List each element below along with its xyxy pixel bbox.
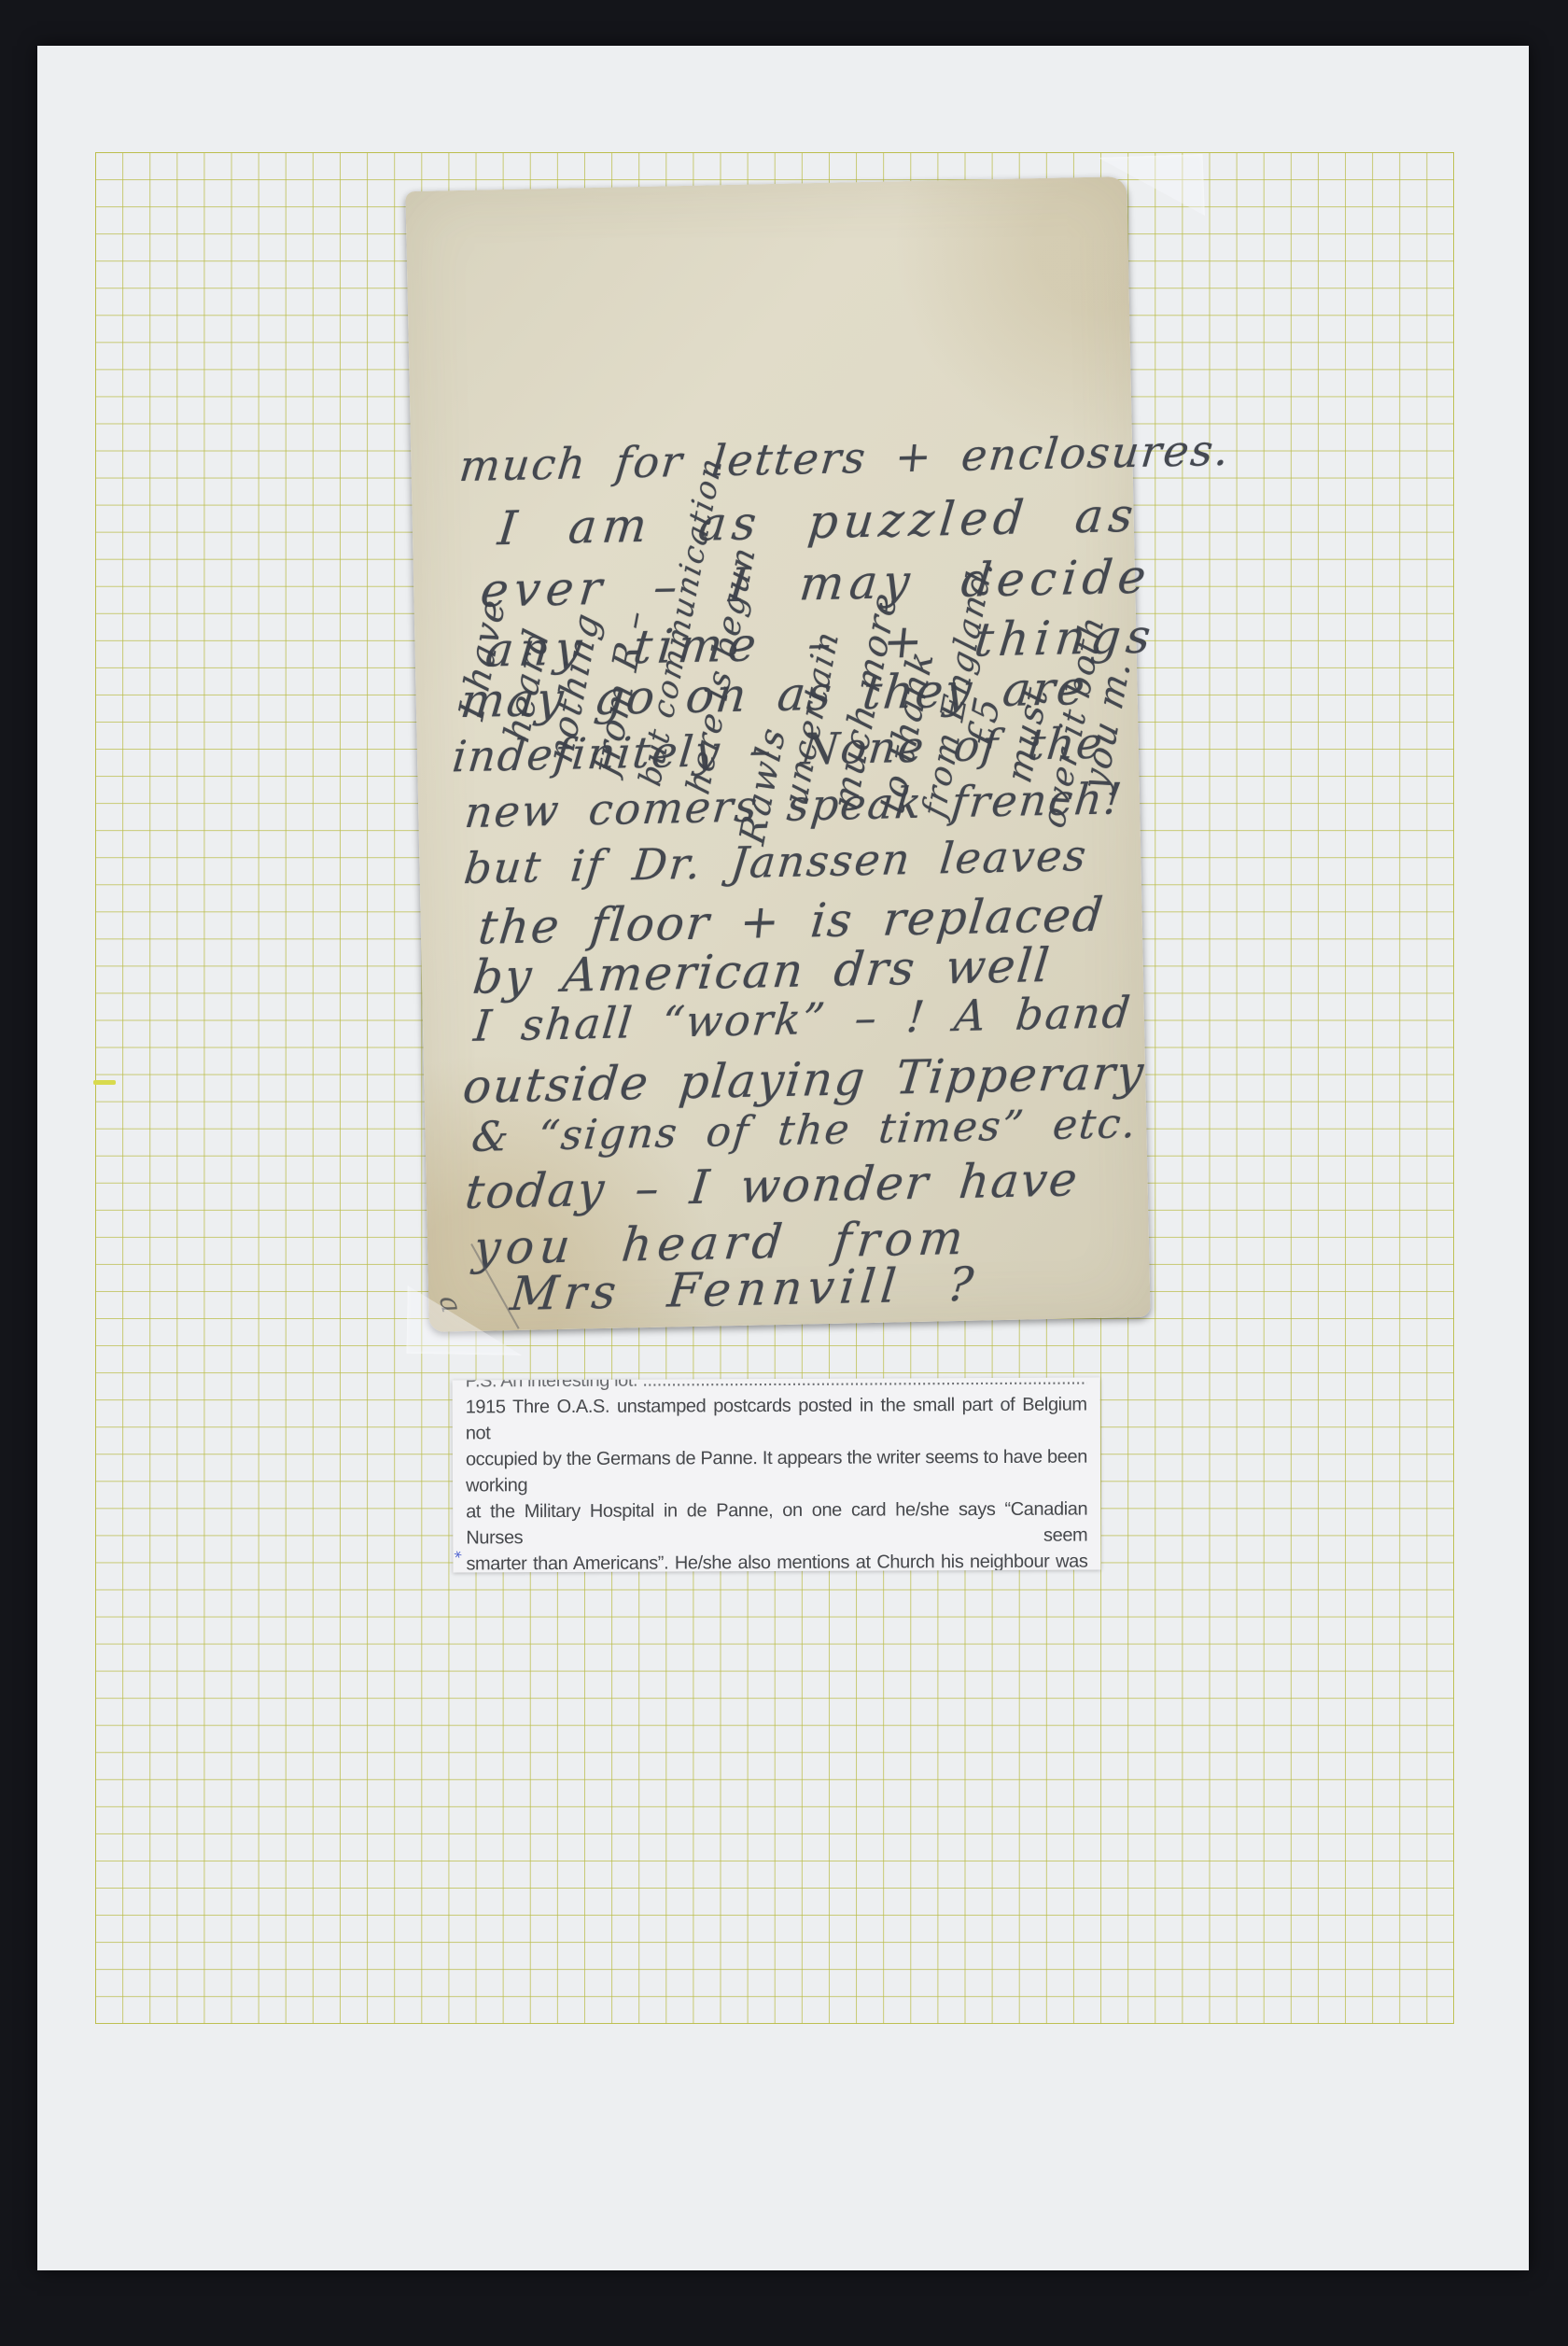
postcard-line: ever – I may decide (479, 554, 1154, 614)
postcard-line: Mrs Fennvill ? (508, 1261, 981, 1318)
handwritten-postcard: I have heard nothing from R – but commun… (405, 176, 1150, 1332)
caption-line: occupied by the Germans de Panne. It app… (466, 1444, 1087, 1499)
caption-line: smarter than Americans”. He/she also men… (466, 1549, 1087, 1573)
postcard-line: I shall “work” – ! A band (472, 990, 1134, 1047)
typed-caption-label: P.S. An interesting lot: ...............… (453, 1377, 1101, 1572)
grid-margin-tick (93, 1080, 116, 1085)
album-page: I have heard nothing from R – but commun… (37, 46, 1529, 2270)
postcard-line: indefinitely – None of the (451, 722, 1106, 779)
caption-line: 1915 Thre O.A.S. unstamped postcards pos… (466, 1392, 1087, 1447)
scanned-album-page-photo: { "palette": { "backdrop": "#14151a", "a… (0, 0, 1568, 2346)
caption-line: at the Military Hospital in de Panne, on… (466, 1496, 1087, 1552)
postcard-line: much for letters + enclosures. (457, 428, 1232, 487)
postcard-line: may go on as they are (458, 665, 1088, 724)
postcard-line: but if Dr. Janssen leaves (462, 834, 1089, 890)
postcard-line: today – I wonder have (463, 1156, 1081, 1215)
postcard-line: & “signs of the times” etc. (469, 1103, 1139, 1159)
postcard-line: I am as puzzled as (496, 492, 1141, 552)
postcard-line: new comers speak french! (463, 777, 1126, 834)
blue-pen-mark-icon: ⁎ (453, 1540, 466, 1567)
